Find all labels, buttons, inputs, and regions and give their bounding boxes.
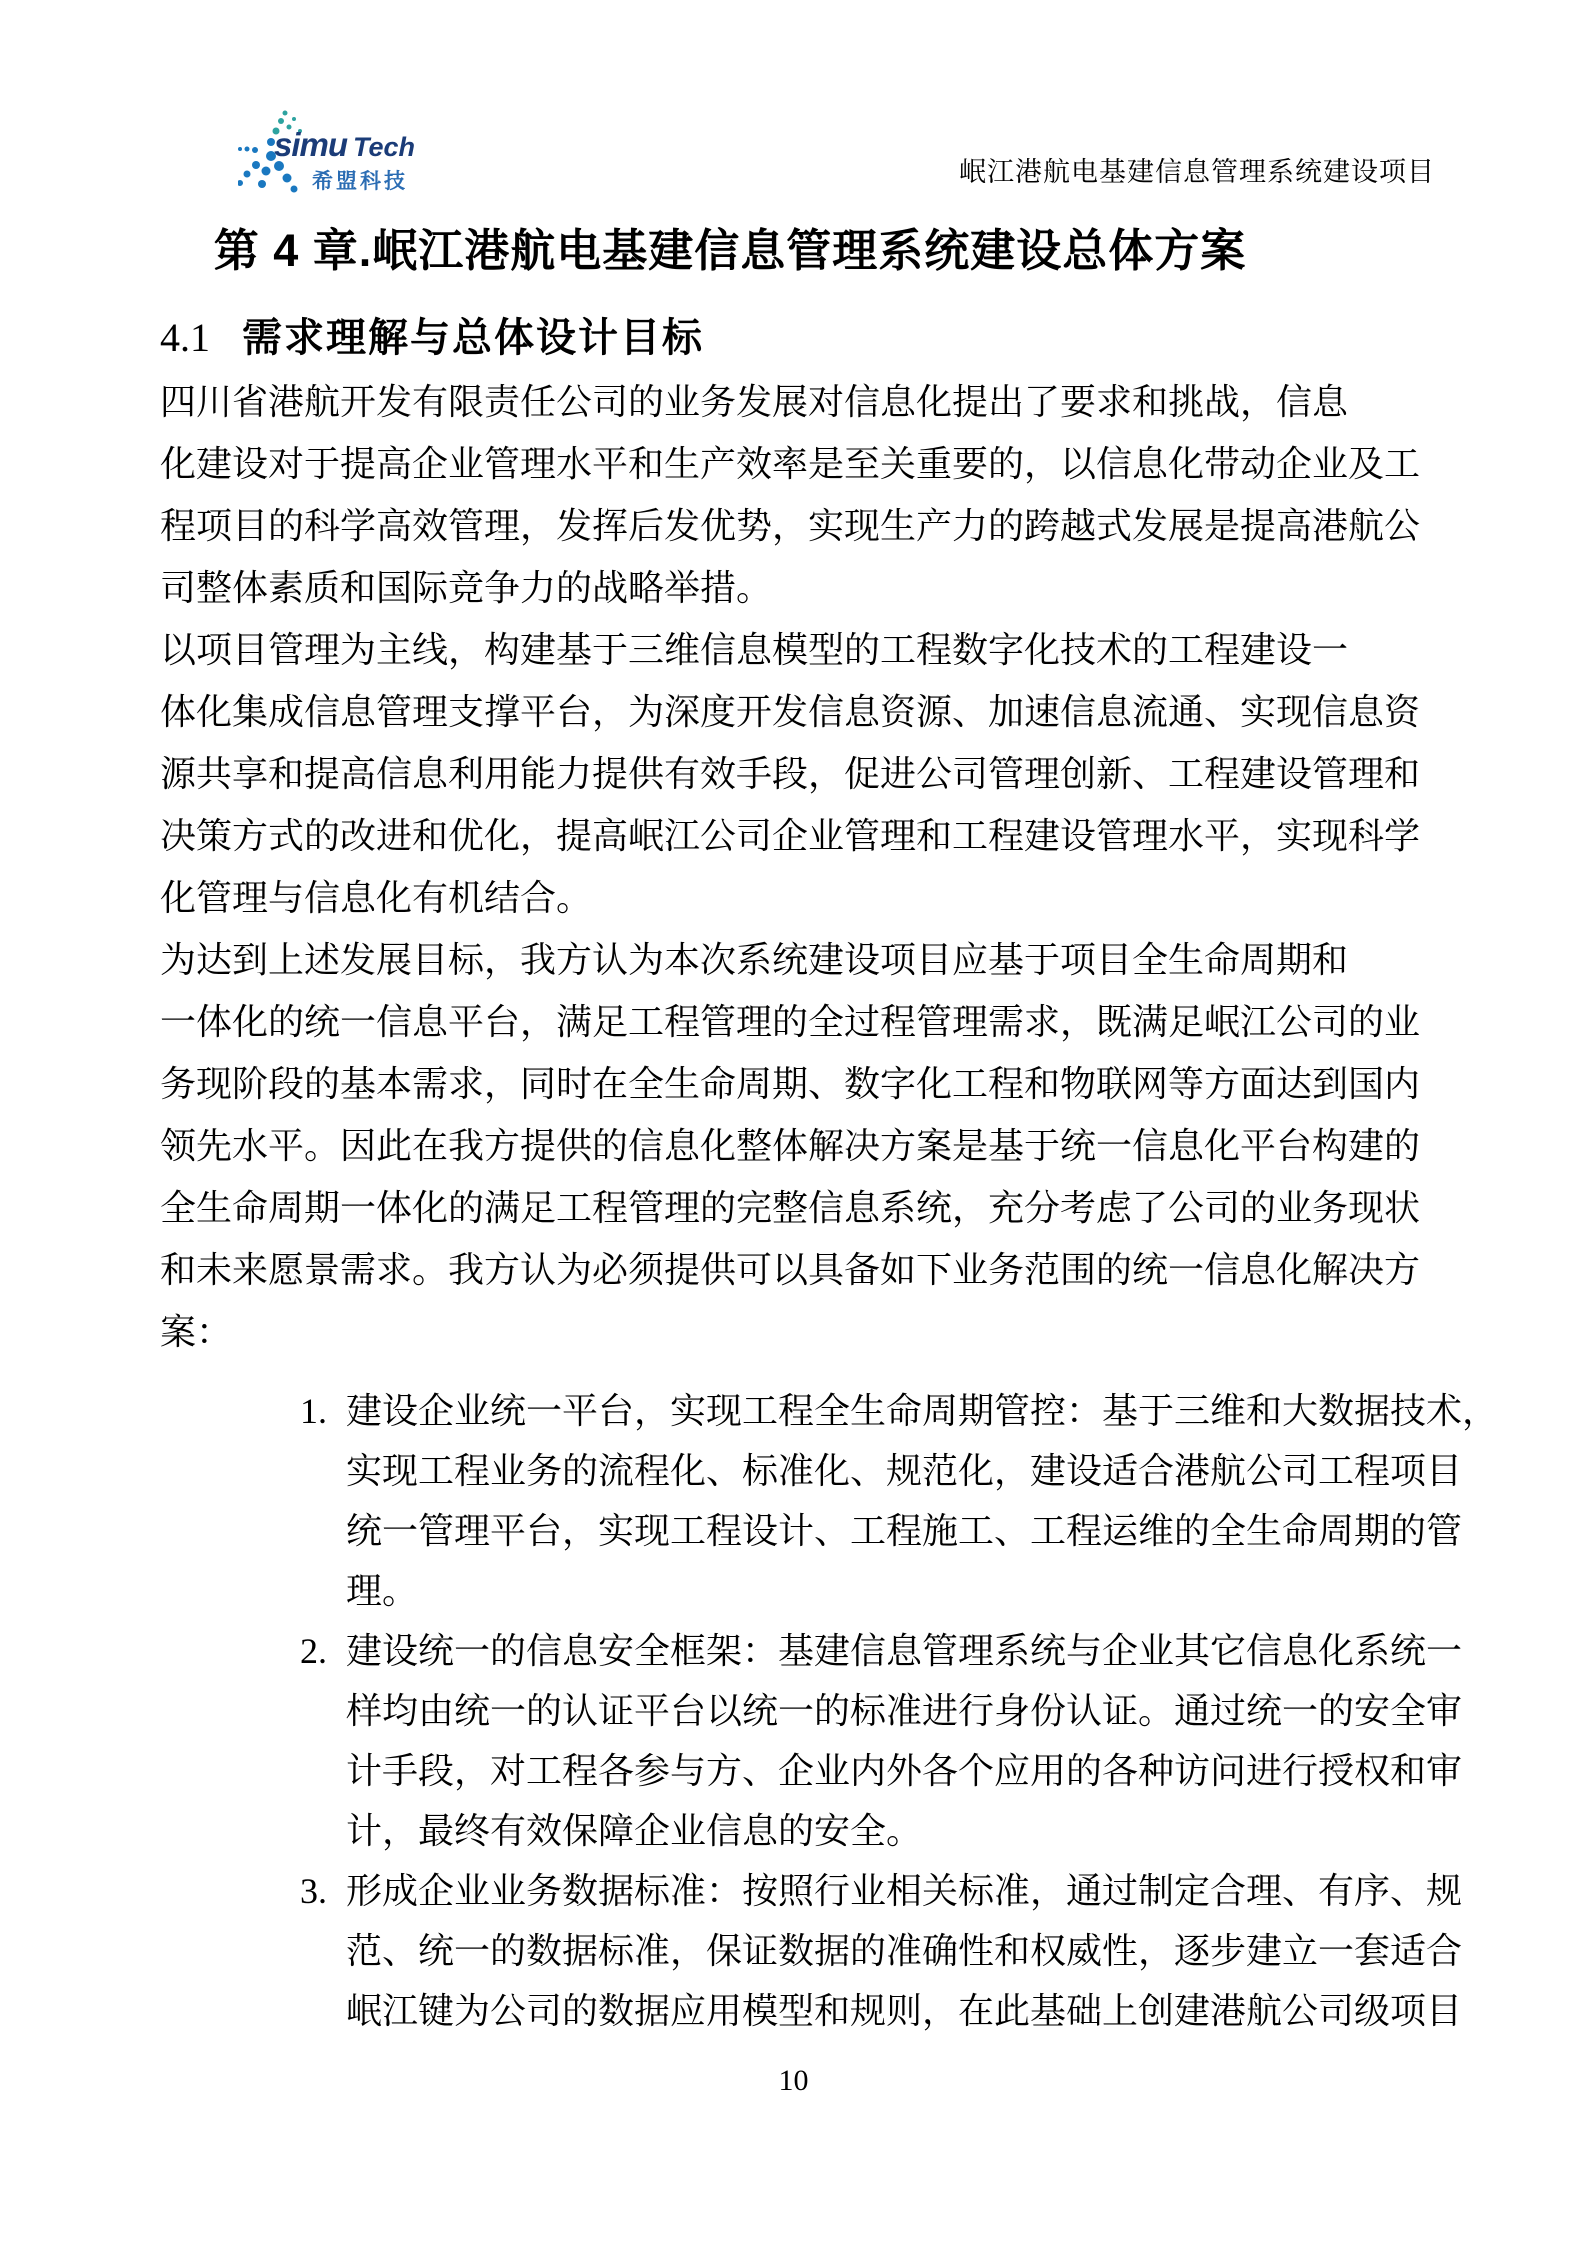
section-heading: 4.1 需求理解与总体设计目标	[160, 306, 1442, 363]
text-line: 务现阶段的基本需求，同时在全生命周期、数字化工程和物联网等方面达到国内	[160, 1053, 1442, 1115]
logo-brand-text: simuTech	[274, 126, 415, 164]
text-line: 形成企业业务数据标准：按照行业相关标准，通过制定合理、有序、规	[346, 1861, 1462, 1921]
text-line: 实现工程业务的流程化、标准化、规范化，建设适合港航公司工程项目	[346, 1441, 1498, 1501]
text-line: 样均由统一的认证平台以统一的标准进行身份认证。通过统一的安全审	[346, 1681, 1462, 1741]
text-line: 为达到上述发展目标，我方认为本次系统建设项目应基于项目全生命周期和	[160, 929, 1442, 991]
chapter-title: 第 4 章.岷江港航电基建信息管理系统建设总体方案	[160, 222, 1300, 280]
text-line: 以项目管理为主线，构建基于三维信息模型的工程数字化技术的工程建设一	[160, 619, 1442, 681]
section-title: 需求理解与总体设计目标	[242, 306, 704, 363]
text-line: 司整体素质和国际竞争力的战略举措。	[160, 557, 1442, 619]
numbered-list: 1. 建设企业统一平台，实现工程全生命周期管控：基于三维和大数据技术， 实现工程…	[160, 1381, 1442, 2041]
list-item-number: 3.	[300, 1861, 346, 2041]
text-line: 决策方式的改进和优化，提高岷江公司企业管理和工程建设管理水平，实现科学	[160, 805, 1442, 867]
text-line: 全生命周期一体化的满足工程管理的完整信息系统，充分考虑了公司的业务现状	[160, 1177, 1442, 1239]
text-line: 建设统一的信息安全框架：基建信息管理系统与企业其它信息化系统一	[346, 1621, 1462, 1681]
page-number: 10	[0, 2064, 1587, 2098]
list-item: 3. 形成企业业务数据标准：按照行业相关标准，通过制定合理、有序、规 范、统一的…	[160, 1861, 1442, 2041]
text-line: 理。	[346, 1561, 1498, 1621]
paragraph: 四川省港航开发有限责任公司的业务发展对信息化提出了要求和挑战，信息 化建设对于提…	[160, 371, 1442, 619]
paragraph: 为达到上述发展目标，我方认为本次系统建设项目应基于项目全生命周期和 一体化的统一…	[160, 929, 1442, 1363]
logo-brand-tech: Tech	[353, 132, 415, 162]
company-logo: simuTech 希盟科技	[238, 108, 413, 200]
text-line: 体化集成信息管理支撑平台，为深度开发信息资源、加速信息流通、实现信息资	[160, 681, 1442, 743]
document-page: simuTech 希盟科技 岷江港航电基建信息管理系统建设项目 第 4 章.岷江…	[0, 0, 1587, 2245]
logo-brand-simu: simu	[274, 126, 347, 163]
text-line: 一体化的统一信息平台，满足工程管理的全过程管理需求，既满足岷江公司的业	[160, 991, 1442, 1053]
list-item: 1. 建设企业统一平台，实现工程全生命周期管控：基于三维和大数据技术， 实现工程…	[160, 1381, 1442, 1621]
text-line: 程项目的科学高效管理，发挥后发优势，实现生产力的跨越式发展是提高港航公	[160, 495, 1442, 557]
text-line: 源共享和提高信息利用能力提供有效手段，促进公司管理创新、工程建设管理和	[160, 743, 1442, 805]
text-line: 领先水平。因此在我方提供的信息化整体解决方案是基于统一信息化平台构建的	[160, 1115, 1442, 1177]
list-item-text: 建设统一的信息安全框架：基建信息管理系统与企业其它信息化系统一 样均由统一的认证…	[346, 1621, 1462, 1861]
text-line: 计，最终有效保障企业信息的安全。	[346, 1801, 1462, 1861]
text-line: 计手段，对工程各参与方、企业内外各个应用的各种访问进行授权和审	[346, 1741, 1462, 1801]
text-line: 化管理与信息化有机结合。	[160, 867, 1442, 929]
text-line: 范、统一的数据标准，保证数据的准确性和权威性，逐步建立一套适合	[346, 1921, 1462, 1981]
text-line: 四川省港航开发有限责任公司的业务发展对信息化提出了要求和挑战，信息	[160, 371, 1442, 433]
list-item: 2. 建设统一的信息安全框架：基建信息管理系统与企业其它信息化系统一 样均由统一…	[160, 1621, 1442, 1861]
list-item-text: 建设企业统一平台，实现工程全生命周期管控：基于三维和大数据技术， 实现工程业务的…	[346, 1381, 1498, 1621]
text-line: 案：	[160, 1301, 1442, 1363]
section-number: 4.1	[160, 314, 210, 361]
body-paragraphs: 四川省港航开发有限责任公司的业务发展对信息化提出了要求和挑战，信息 化建设对于提…	[160, 371, 1442, 1363]
list-item-text: 形成企业业务数据标准：按照行业相关标准，通过制定合理、有序、规 范、统一的数据标…	[346, 1861, 1462, 2041]
list-item-number: 2.	[300, 1621, 346, 1861]
list-item-number: 1.	[300, 1381, 346, 1621]
logo-chinese-name: 希盟科技	[312, 165, 408, 195]
text-line: 岷江键为公司的数据应用模型和规则，在此基础上创建港航公司级项目	[346, 1981, 1462, 2041]
paragraph: 以项目管理为主线，构建基于三维信息模型的工程数字化技术的工程建设一 体化集成信息…	[160, 619, 1442, 929]
document-body: 第 4 章.岷江港航电基建信息管理系统建设总体方案 4.1 需求理解与总体设计目…	[0, 0, 1587, 2041]
text-line: 统一管理平台，实现工程设计、工程施工、工程运维的全生命周期的管	[346, 1501, 1498, 1561]
text-line: 化建设对于提高企业管理水平和生产效率是至关重要的，以信息化带动企业及工	[160, 433, 1442, 495]
header-project-title: 岷江港航电基建信息管理系统建设项目	[959, 150, 1435, 189]
text-line: 建设企业统一平台，实现工程全生命周期管控：基于三维和大数据技术，	[346, 1381, 1498, 1441]
text-line: 和未来愿景需求。我方认为必须提供可以具备如下业务范围的统一信息化解决方	[160, 1239, 1442, 1301]
